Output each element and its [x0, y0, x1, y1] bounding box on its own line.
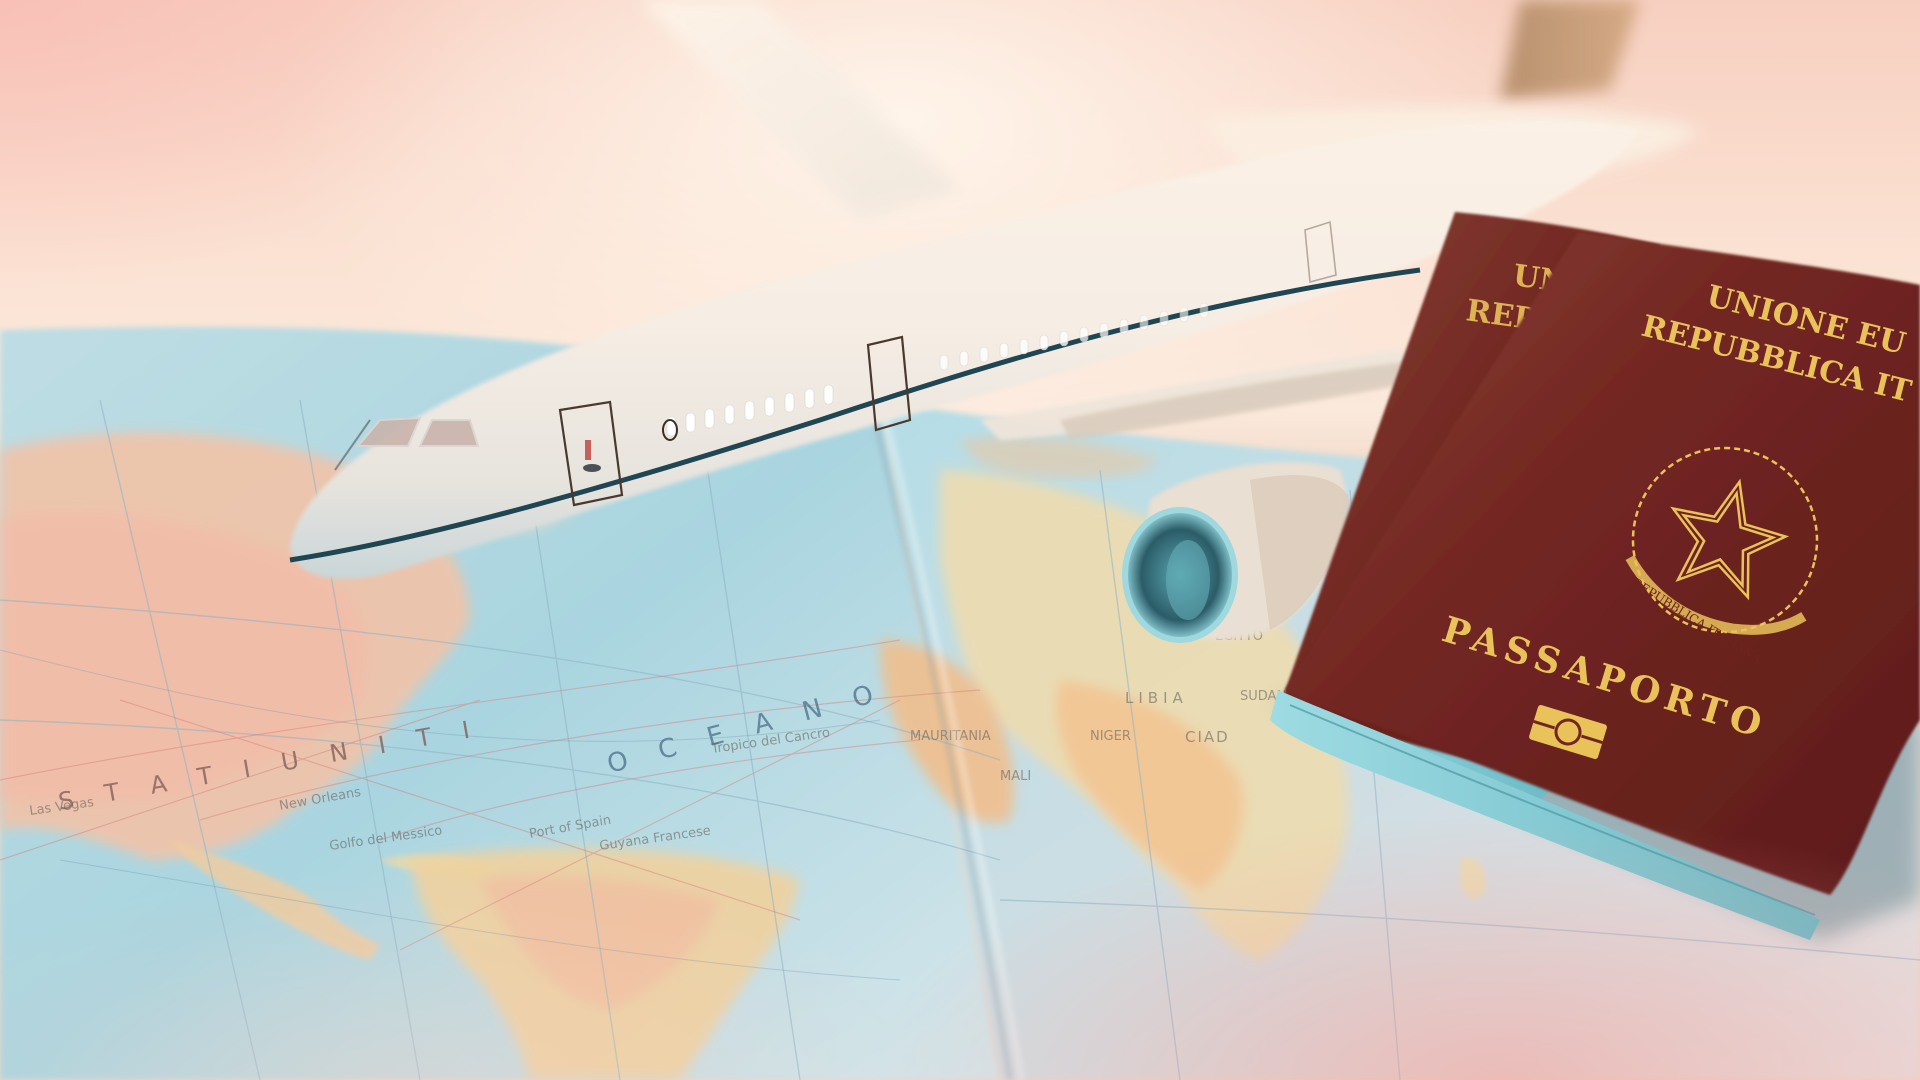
- passport-front: UNIONE EU REPUBBLICA IT REPUBBLICA ITALI…: [1270, 232, 1920, 940]
- passports: UNIO REPUB UNIONE EU REPUBBLICA IT REPUB…: [0, 0, 1920, 1080]
- photo-scene: O C E A N O S T A T I U N I T I Tropico …: [0, 0, 1920, 1080]
